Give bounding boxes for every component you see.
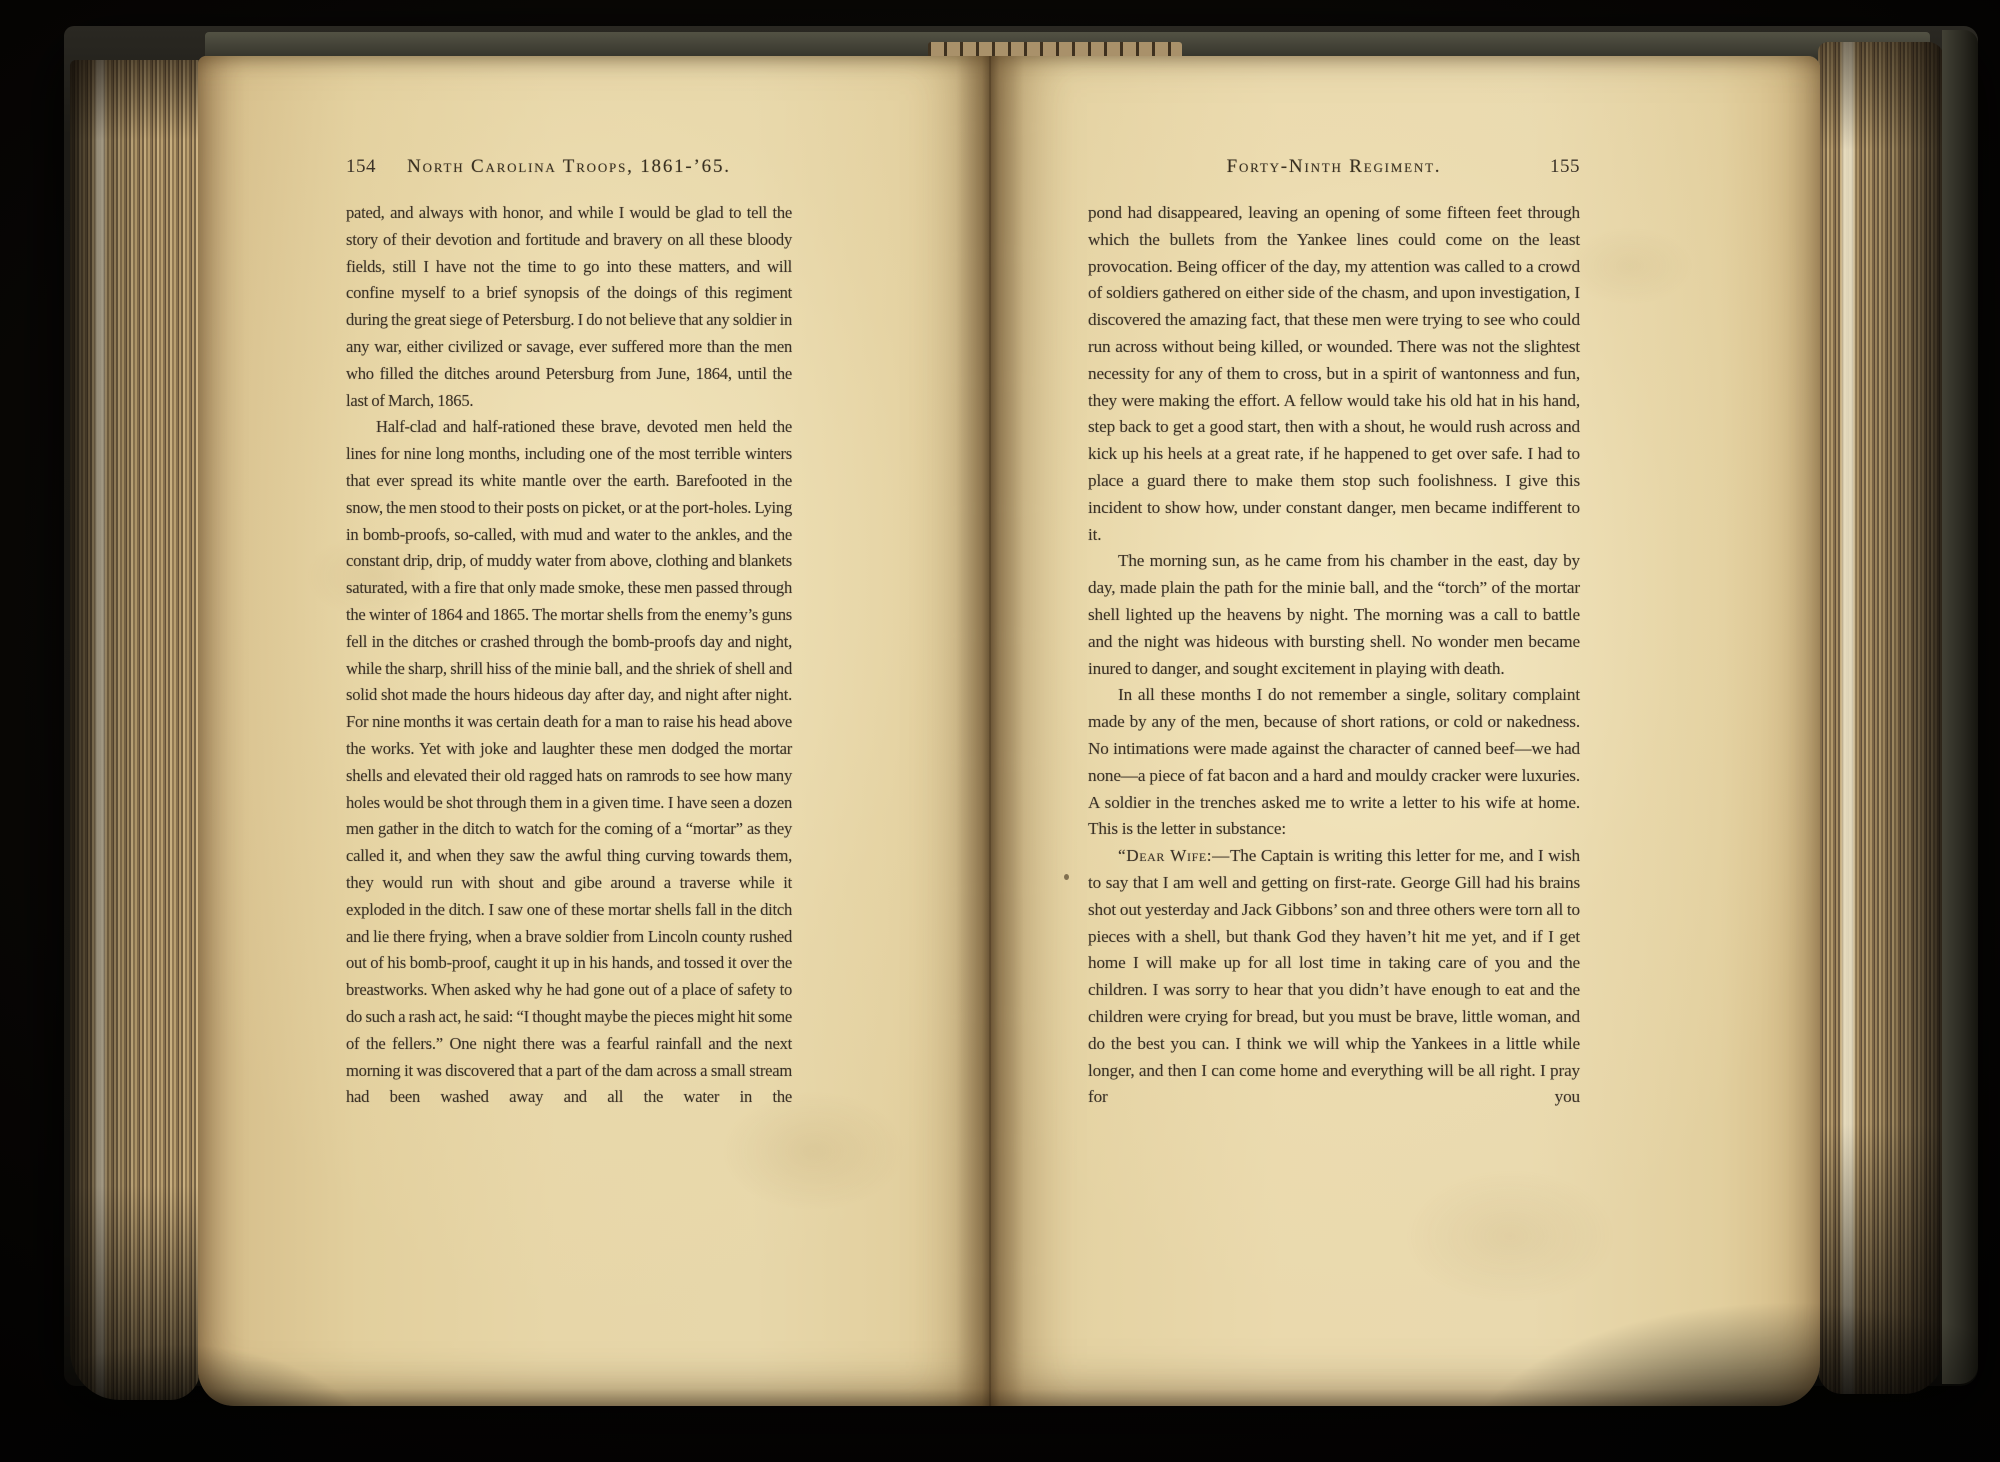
paragraph: pated, and always with honor, and while … xyxy=(346,200,792,414)
photo-backdrop: 154 North Carolina Troops, 1861-’65. pat… xyxy=(0,0,2000,1462)
book-cover-right-board xyxy=(1942,30,1978,1384)
right-text-column: Forty-Ninth Regiment. 155 pond had disap… xyxy=(1088,156,1580,1111)
page-number-right: 155 xyxy=(1550,156,1580,178)
open-book-pages: 154 North Carolina Troops, 1861-’65. pat… xyxy=(198,56,1820,1406)
left-text-column: 154 North Carolina Troops, 1861-’65. pat… xyxy=(346,156,792,1111)
left-page-edge-stack xyxy=(70,60,200,1400)
paragraph: In all these months I do not remember a … xyxy=(1088,682,1580,843)
paragraph: pond had disappeared, leaving an opening… xyxy=(1088,200,1580,548)
page-154: 154 North Carolina Troops, 1861-’65. pat… xyxy=(198,56,990,1406)
paragraph: The morning sun, as he came from his cha… xyxy=(1088,548,1580,682)
right-fore-edge-stack xyxy=(1818,42,1944,1394)
paragraph: Half-clad and half-rationed these brave,… xyxy=(346,414,792,1111)
paragraph-lead-small-caps: “Dear Wife:— xyxy=(1118,846,1230,865)
page-number-left: 154 xyxy=(346,156,376,178)
running-header-right: Forty-Ninth Regiment. xyxy=(1227,156,1442,177)
left-page-body: pated, and always with honor, and while … xyxy=(346,200,792,1111)
left-page-header: 154 North Carolina Troops, 1861-’65. xyxy=(346,156,792,186)
ink-speck xyxy=(1064,874,1069,880)
paragraph: “Dear Wife:—The Captain is writing this … xyxy=(1088,843,1580,1111)
running-header-left: North Carolina Troops, 1861-’65. xyxy=(407,156,731,177)
right-page-body: pond had disappeared, leaving an opening… xyxy=(1088,200,1580,1111)
right-page-header: Forty-Ninth Regiment. 155 xyxy=(1088,156,1580,186)
page-155: Forty-Ninth Regiment. 155 pond had disap… xyxy=(990,56,1820,1406)
